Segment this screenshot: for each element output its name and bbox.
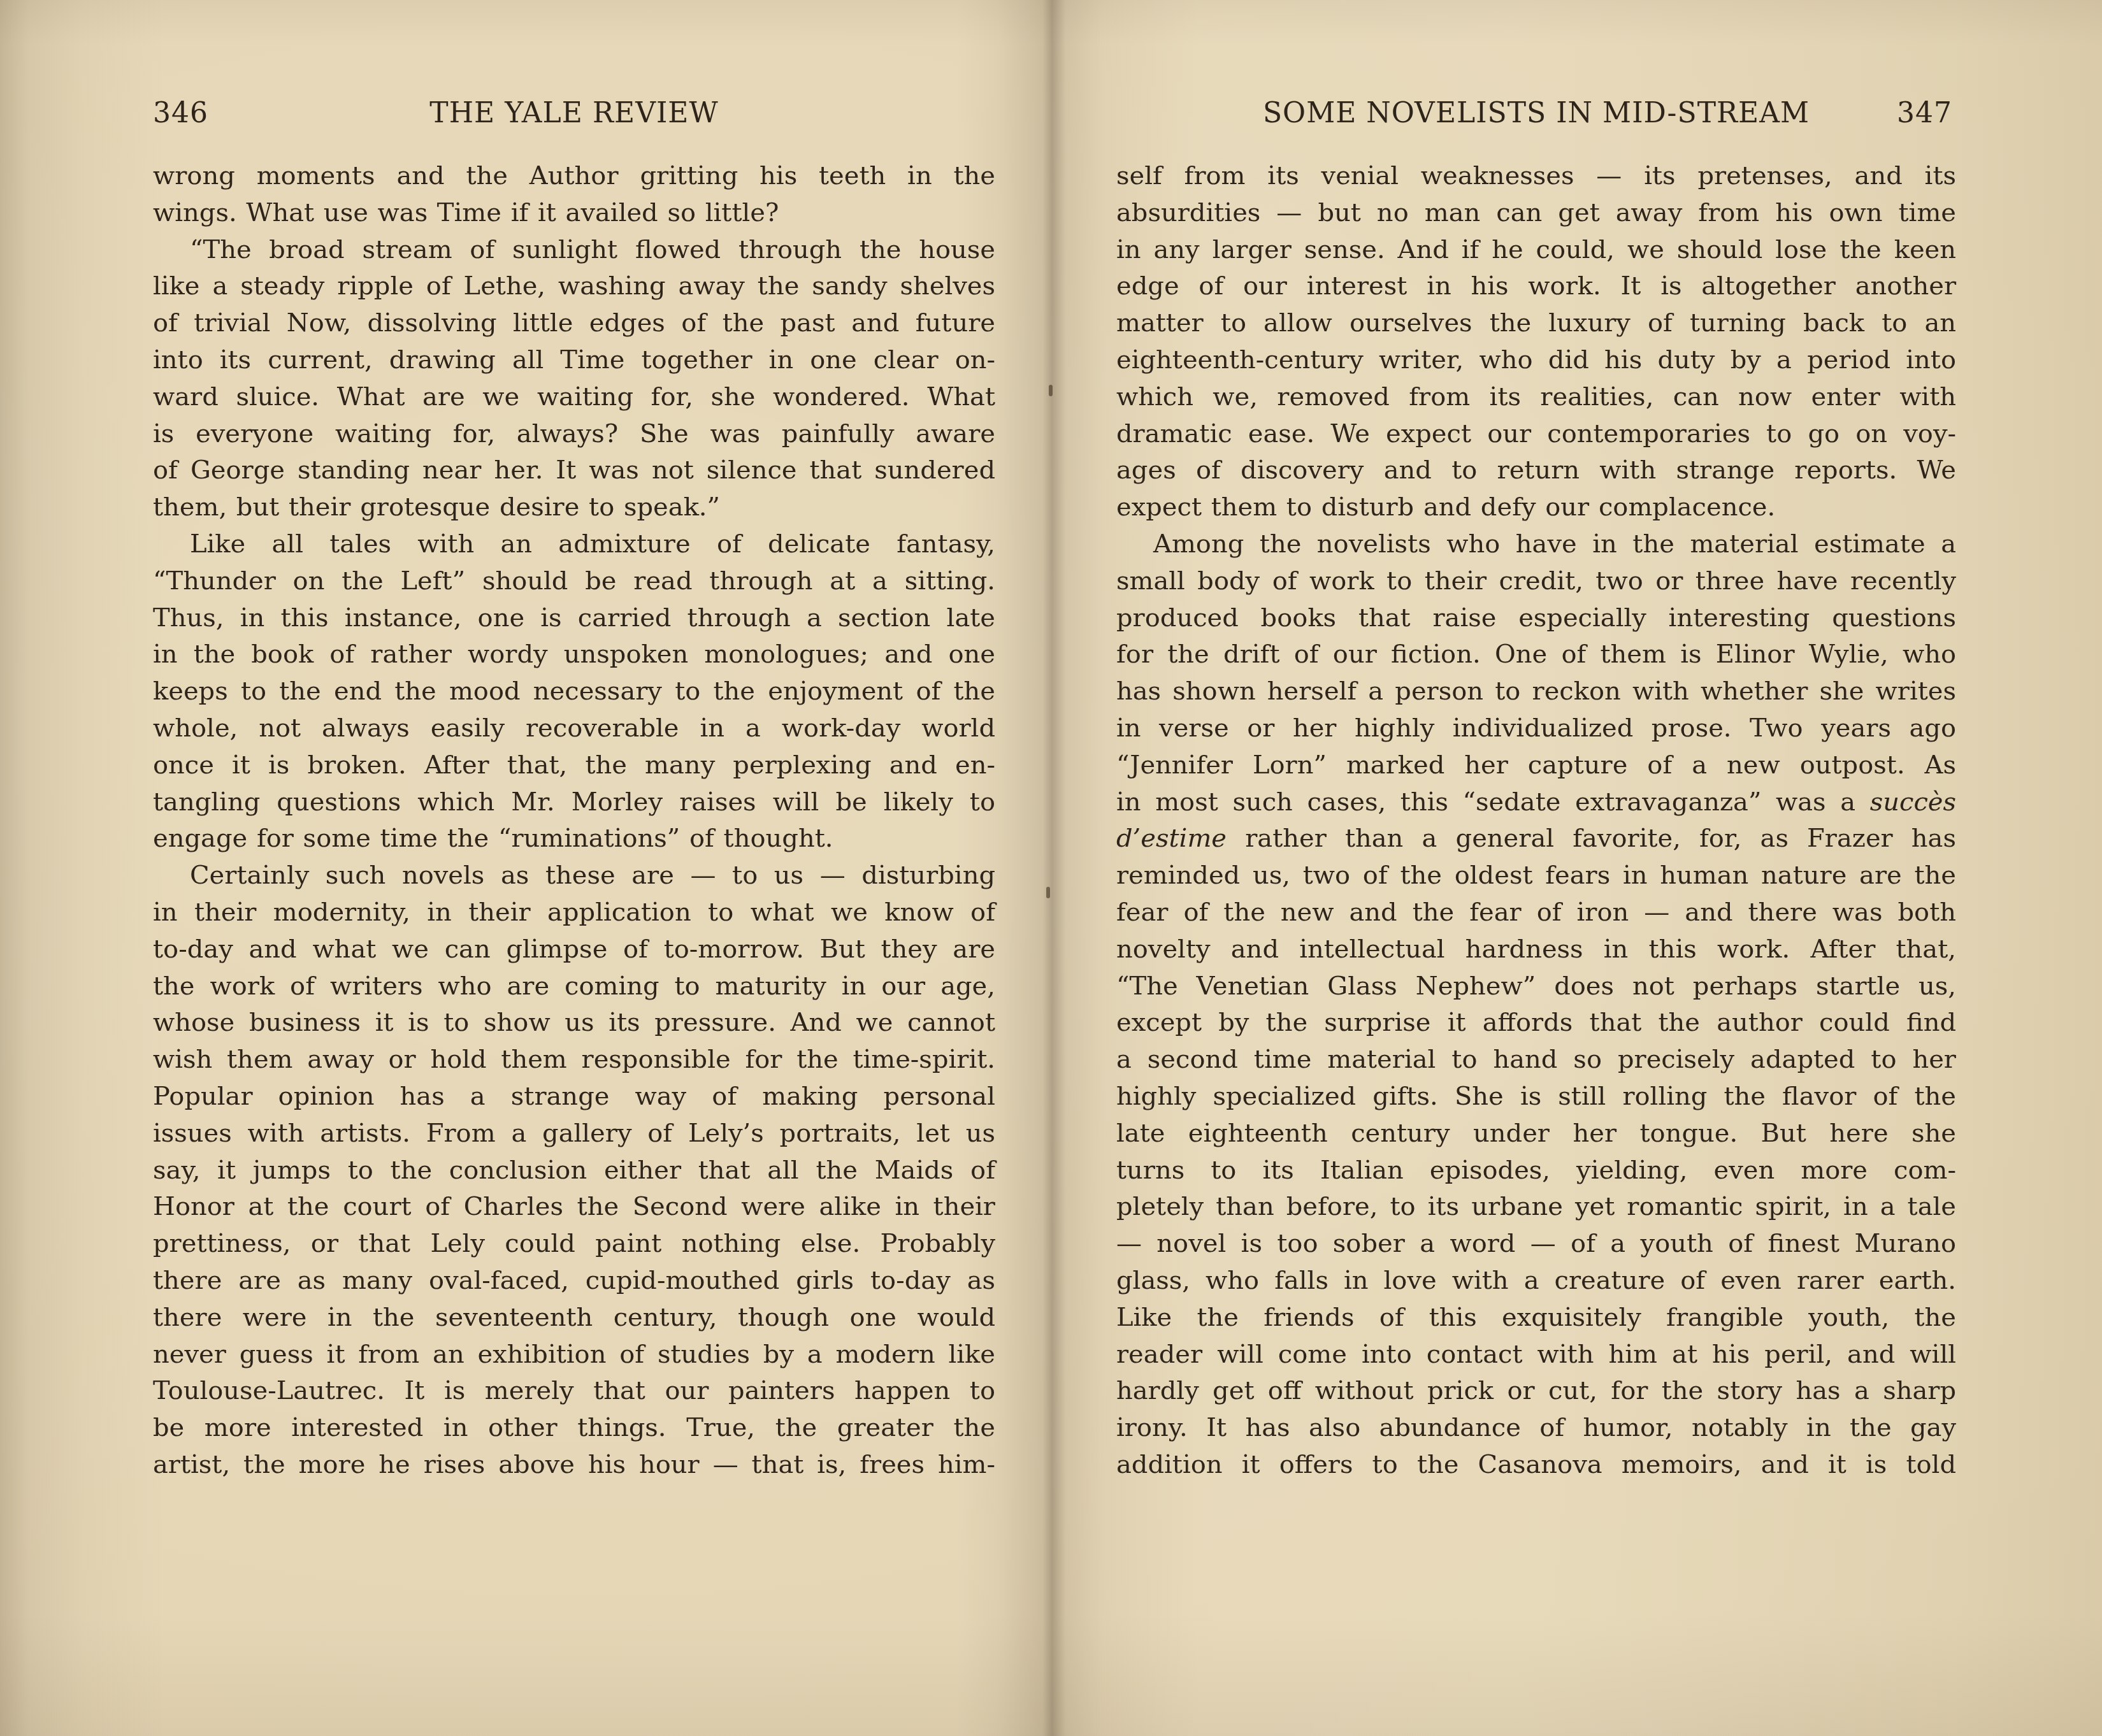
text-line: edge of our interest in his work. It is … <box>1116 268 1956 305</box>
text-line: novelty and intellectual hardness in thi… <box>1116 931 1956 968</box>
text-line: engage for some time the “ruminations” o… <box>153 821 995 857</box>
text-line: “Thunder on the Left” should be read thr… <box>153 563 995 600</box>
text-line: whole, not always easily recoverable in … <box>153 710 995 747</box>
text-line: ages of discovery and to return with str… <box>1116 452 1956 489</box>
right-running-title: SOME NOVELISTS IN MID-STREAM <box>1116 94 1956 133</box>
text-line: keeps to the end the mood necessary to t… <box>153 673 995 710</box>
text-line: to-day and what we can glimpse of to-mor… <box>153 931 995 968</box>
text-line: a second time material to hand so precis… <box>1116 1042 1956 1079</box>
text-line: Among the novelists who have in the mate… <box>1116 526 1956 563</box>
text-line: d’estime rather than a general favorite,… <box>1116 821 1956 857</box>
text-line: hardly get off without prick or cut, for… <box>1116 1373 1956 1410</box>
text-line: wish them away or hold them responsible … <box>153 1042 995 1079</box>
text-line: whose business it is to show us its pres… <box>153 1005 995 1042</box>
text-line: Popular opinion has a strange way of mak… <box>153 1079 995 1115</box>
text-line: in the book of rather wordy unspoken mon… <box>153 636 995 673</box>
text-line: “The Venetian Glass Nephew” does not per… <box>1116 968 1956 1005</box>
text-line: “The broad stream of sunlight flowed thr… <box>153 232 995 269</box>
text-line: wings. What use was Time if it availed s… <box>153 195 995 232</box>
text-line: has shown herself a person to reckon wit… <box>1116 673 1956 710</box>
text-line: which we, removed from its realities, ca… <box>1116 379 1956 416</box>
left-page-text: wrong moments and the Author gritting hi… <box>153 158 995 1484</box>
text-line: ward sluice. What are we waiting for, sh… <box>153 379 995 416</box>
text-line: glass, who falls in love with a creature… <box>1116 1263 1956 1300</box>
text-line: absurdities — but no man can get away fr… <box>1116 195 1956 232</box>
text-line: small body of work to their credit, two … <box>1116 563 1956 600</box>
right-running-header: SOME NOVELISTS IN MID-STREAM 347 <box>1116 94 1956 133</box>
text-line: turns to its Italian episodes, yielding,… <box>1116 1152 1956 1189</box>
binding-stitch-mark <box>1046 887 1050 898</box>
text-line: eighteenth-century writer, who did his d… <box>1116 342 1956 379</box>
text-line: in verse or her highly individualized pr… <box>1116 710 1956 747</box>
text-line: wrong moments and the Author gritting hi… <box>153 158 995 195</box>
text-line: fear of the new and the fear of iron — a… <box>1116 894 1956 931</box>
left-running-title: THE YALE REVIEW <box>153 94 995 133</box>
text-line: matter to allow ourselves the luxury of … <box>1116 305 1956 342</box>
text-line: in most such cases, this “sedate extrava… <box>1116 784 1956 821</box>
text-line: of trivial Now, dissolving little edges … <box>153 305 995 342</box>
text-line: Certainly such novels as these are — to … <box>153 857 995 894</box>
text-line: addition it offers to the Casanova memoi… <box>1116 1447 1956 1484</box>
text-line: Thus, in this instance, one is carried t… <box>153 600 995 637</box>
text-line: self from its venial weaknesses — its pr… <box>1116 158 1956 195</box>
text-line: of George standing near her. It was not … <box>153 452 995 489</box>
text-line: say, it jumps to the conclusion either t… <box>153 1152 995 1189</box>
text-line: in any larger sense. And if he could, we… <box>1116 232 1956 269</box>
text-line: pletely than before, to its urbane yet r… <box>1116 1189 1956 1226</box>
text-line: expect them to disturb and defy our comp… <box>1116 489 1956 526</box>
text-line: dramatic ease. We expect our contemporar… <box>1116 416 1956 453</box>
text-line: never guess it from an exhibition of stu… <box>153 1337 995 1374</box>
text-line: into its current, drawing all Time toget… <box>153 342 995 379</box>
text-line: tangling questions which Mr. Morley rais… <box>153 784 995 821</box>
text-line: there were in the seventeenth century, t… <box>153 1300 995 1337</box>
text-line: Like the friends of this exquisitely fra… <box>1116 1300 1956 1337</box>
right-page: SOME NOVELISTS IN MID-STREAM 347 self fr… <box>1116 0 1956 1484</box>
text-line: produced books that raise especially int… <box>1116 600 1956 637</box>
binding-stitch-mark <box>1049 385 1053 396</box>
text-line: irony. It has also abundance of humor, n… <box>1116 1410 1956 1447</box>
text-line: be more interested in other things. True… <box>153 1410 995 1447</box>
text-line: reader will come into contact with him a… <box>1116 1337 1956 1374</box>
right-page-number: 347 <box>1897 94 1952 133</box>
text-line: — novel is too sober a word — of a youth… <box>1116 1226 1956 1263</box>
text-line: the work of writers who are coming to ma… <box>153 968 995 1005</box>
text-line: except by the surprise it affords that t… <box>1116 1005 1956 1042</box>
text-line: highly specialized gifts. She is still r… <box>1116 1079 1956 1115</box>
text-line: there are as many oval-faced, cupid-mout… <box>153 1263 995 1300</box>
text-line: Like all tales with an admixture of deli… <box>153 526 995 563</box>
right-page-text: self from its venial weaknesses — its pr… <box>1116 158 1956 1484</box>
text-line: artist, the more he rises above his hour… <box>153 1447 995 1484</box>
text-line: prettiness, or that Lely could paint not… <box>153 1226 995 1263</box>
text-line: late eighteenth century under her tongue… <box>1116 1115 1956 1152</box>
text-line: issues with artists. From a gallery of L… <box>153 1115 995 1152</box>
book-spread: 346 THE YALE REVIEW wrong moments and th… <box>0 0 2102 1736</box>
text-line: is everyone waiting for, always? She was… <box>153 416 995 453</box>
text-line: in their modernity, in their application… <box>153 894 995 931</box>
left-page: 346 THE YALE REVIEW wrong moments and th… <box>153 0 995 1484</box>
text-line: like a steady ripple of Lethe, washing a… <box>153 268 995 305</box>
text-line: Toulouse-Lautrec. It is merely that our … <box>153 1373 995 1410</box>
text-line: once it is broken. After that, the many … <box>153 747 995 784</box>
text-line: them, but their grotesque desire to spea… <box>153 489 995 526</box>
left-running-header: 346 THE YALE REVIEW <box>153 94 995 133</box>
text-line: Honor at the court of Charles the Second… <box>153 1189 995 1226</box>
text-line: reminded us, two of the oldest fears in … <box>1116 857 1956 894</box>
text-line: “Jennifer Lorn” marked her capture of a … <box>1116 747 1956 784</box>
text-line: for the drift of our fiction. One of the… <box>1116 636 1956 673</box>
